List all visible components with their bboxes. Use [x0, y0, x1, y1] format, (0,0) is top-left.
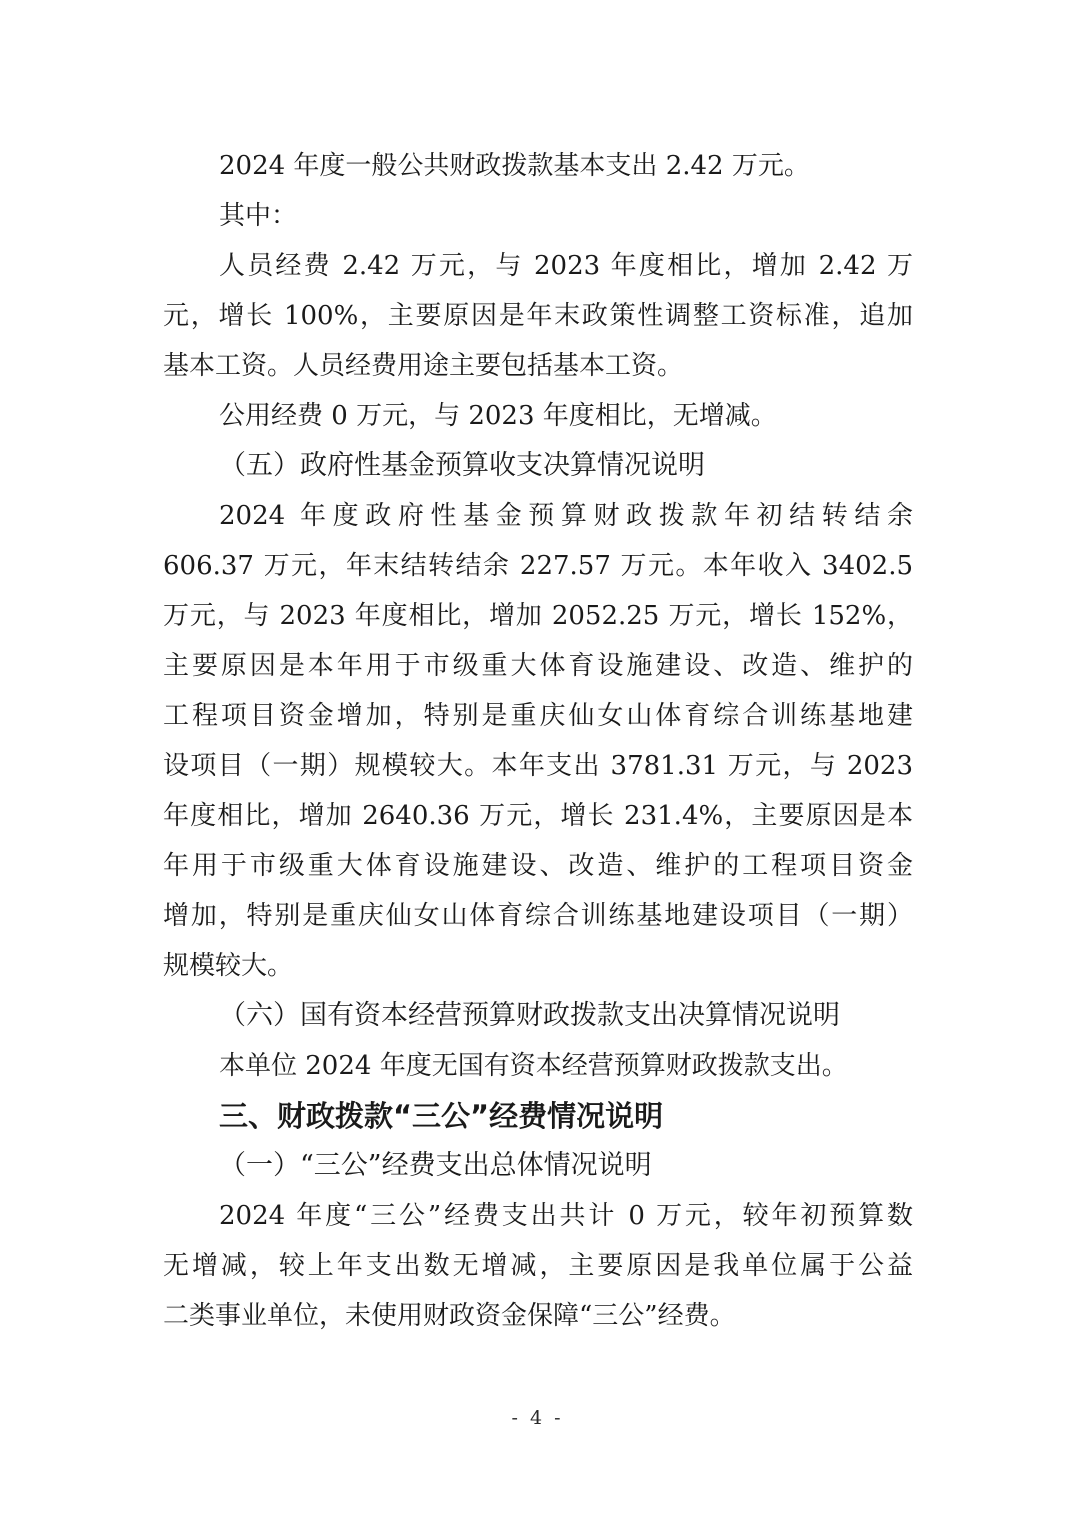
paragraph-line: 2024 年度政府性基金预算财政拨款年初结转结余: [163, 491, 913, 541]
paragraph-line: 年用于市级重大体育设施建设、改造、维护的工程项目资金: [163, 841, 913, 891]
subsection-heading-three-public-overview: （一）“三公”经费支出总体情况说明: [163, 1141, 913, 1191]
paragraph-line: 2024 年度“三公”经费支出共计 0 万元，较年初预算数: [163, 1191, 913, 1241]
paragraph-line: 规模较大。: [163, 941, 913, 991]
paragraph-line: 二类事业单位，未使用财政资金保障“三公”经费。: [163, 1291, 913, 1341]
paragraph-line: 工程项目资金增加，特别是重庆仙女山体育综合训练基地建: [163, 691, 913, 741]
paragraph-line: 其中：: [163, 191, 913, 241]
paragraph-line: 元，增长 100%，主要原因是年末政策性调整工资标准，追加: [163, 291, 913, 341]
text-block: 2024 年度一般公共财政拨款基本支出 2.42 万元。其中：人员经费 2.42…: [163, 141, 913, 1341]
paragraph-line: 606.37 万元，年末结转结余 227.57 万元。本年收入 3402.5: [163, 541, 913, 591]
section-heading-state-capital: （六）国有资本经营预算财政拨款支出决算情况说明: [163, 991, 913, 1041]
paragraph-line: 2024 年度一般公共财政拨款基本支出 2.42 万元。: [163, 141, 913, 191]
paragraph-line: 设项目（一期）规模较大。本年支出 3781.31 万元，与 2023: [163, 741, 913, 791]
page-number: - 4 -: [0, 1403, 1075, 1433]
document-page: 2024 年度一般公共财政拨款基本支出 2.42 万元。其中：人员经费 2.42…: [0, 0, 1075, 1520]
paragraph-line: 人员经费 2.42 万元，与 2023 年度相比，增加 2.42 万: [163, 241, 913, 291]
paragraph-line: 本单位 2024 年度无国有资本经营预算财政拨款支出。: [163, 1041, 913, 1091]
paragraph-line: 增加，特别是重庆仙女山体育综合训练基地建设项目（一期）: [163, 891, 913, 941]
paragraph-line: 公用经费 0 万元，与 2023 年度相比，无增减。: [163, 391, 913, 441]
paragraph-line: 主要原因是本年用于市级重大体育设施建设、改造、维护的: [163, 641, 913, 691]
paragraph-line: 万元，与 2023 年度相比，增加 2052.25 万元，增长 152%，: [163, 591, 913, 641]
section-heading-gov-fund: （五）政府性基金预算收支决算情况说明: [163, 441, 913, 491]
paragraph-line: 年度相比，增加 2640.36 万元，增长 231.4%，主要原因是本: [163, 791, 913, 841]
paragraph-line: 无增减，较上年支出数无增减，主要原因是我单位属于公益: [163, 1241, 913, 1291]
paragraph-line: 基本工资。人员经费用途主要包括基本工资。: [163, 341, 913, 391]
chapter-heading-three-public-funds: 三、财政拨款“三公”经费情况说明: [163, 1091, 913, 1141]
